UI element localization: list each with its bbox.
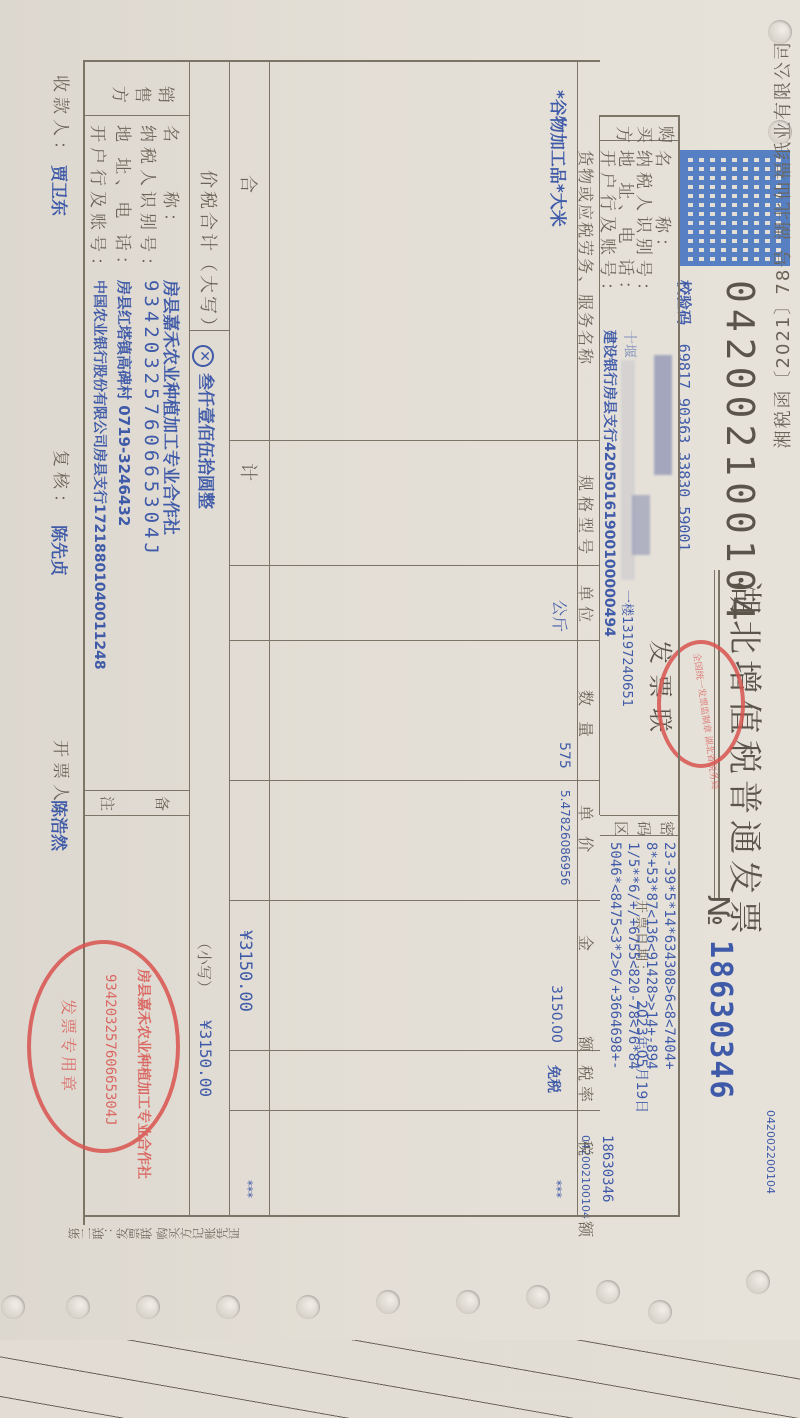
- buyer-bank-label: 开户行及账号：: [597, 150, 622, 304]
- feed-hole: [66, 1295, 90, 1319]
- feed-hole: [456, 1290, 480, 1314]
- payee-label: 收款人：: [50, 75, 75, 163]
- seller-label-col: [85, 115, 190, 116]
- feed-hole: [596, 1280, 620, 1304]
- cipher-line: 5046*<8475<3*2>6/+3664698+-: [606, 842, 624, 1070]
- feed-hole: [746, 1270, 770, 1294]
- col-spec-header: 规格型号: [575, 475, 598, 559]
- item-name: *谷物加工品*大米: [547, 90, 572, 227]
- issuer-name: 陈浩然: [48, 800, 73, 851]
- total-small-label: （小写）: [194, 935, 215, 995]
- seller-section-label: 销售方: [106, 80, 175, 105]
- total-words-value: 叁仟壹佰伍拾圆整: [195, 373, 215, 509]
- total-label: 合 计: [236, 175, 262, 511]
- side-code-other: 042002200104: [764, 1110, 777, 1194]
- feed-hole: [296, 1295, 320, 1319]
- seller-tax-id: 93420325760665304J: [140, 280, 162, 558]
- reviewer-label: 复核：: [50, 450, 75, 516]
- col-divider: [230, 1050, 600, 1051]
- col-rate-header: 税率: [575, 1065, 598, 1107]
- item-unit: 公斤: [549, 600, 572, 632]
- seller-address-label: 地 址、电 话：: [112, 125, 137, 278]
- invoice-photo: 042002100104 校验码 69817 90363 33830 59001…: [0, 0, 800, 1418]
- invoice-code: 042002100104: [718, 280, 762, 627]
- col-divider: [230, 440, 600, 441]
- col-divider: [230, 780, 600, 781]
- tax-bureau-stamp: 全国统一发票监制章 湖北省税务局: [657, 640, 745, 768]
- seller-name-label: 名 称：: [160, 125, 185, 235]
- seller-stamp-top: 房县嘉禾农业种植加工专业合作社: [134, 969, 154, 1179]
- col-divider: [230, 565, 600, 566]
- col-qty-header: 数 量: [575, 690, 598, 742]
- col-name-header: 货物或应税劳务、服务名称: [575, 150, 598, 366]
- feed-hole: [648, 1300, 672, 1324]
- redacted-buyer-address: [621, 360, 635, 580]
- feed-hole: [526, 1285, 550, 1309]
- buyer-bank-account: 建设银行房县支行42050161900100000494: [600, 330, 620, 637]
- buyer-section-label: 购买方: [612, 120, 675, 145]
- seller-stamp-bottom: 发票专用章: [58, 999, 81, 1094]
- table-border: [600, 115, 680, 117]
- item-rate: 免税: [544, 1065, 564, 1093]
- total-tax: ***: [241, 1180, 255, 1198]
- total-small-value: ¥3150.00: [196, 1020, 215, 1097]
- cipher-divider: [600, 815, 680, 816]
- feed-hole: [1, 1295, 25, 1319]
- remarks-label-col: [85, 815, 190, 816]
- item-price: 5.47826086956: [558, 790, 572, 885]
- col-unit-header: 单位: [575, 585, 598, 627]
- table-border: [83, 60, 600, 62]
- buyer-address-phone: 一楼13197240651: [619, 590, 638, 707]
- feed-hole: [376, 1290, 400, 1314]
- underlying-sheet: [0, 1340, 800, 1418]
- no-symbol: №: [700, 895, 735, 926]
- buyer-address-partial: 十堰: [620, 330, 640, 358]
- col-divider: [230, 900, 600, 901]
- payee-name: 贾卫东: [48, 165, 73, 216]
- total-words-row: ✕叁仟壹佰伍拾圆整: [192, 345, 220, 509]
- cipher-line: 8*+53*87<136<91428>>14+-894: [642, 842, 660, 1070]
- footer-note: 第二联：发票联 购买方记账凭证: [68, 1225, 240, 1242]
- side-number: 18630346: [599, 1135, 615, 1202]
- cipher-line: 1/5**6/+/+6755<820-78<76*84: [624, 842, 642, 1070]
- cipher-label: 密码区: [606, 818, 675, 839]
- words-row-line: [229, 62, 230, 1215]
- seller-address-phone: 房县红塔镇高碑村 0719-3246432: [114, 280, 135, 526]
- seller-stamp-middle: 93420325760665304J: [102, 974, 118, 1126]
- reviewer-name: 陈先贞: [48, 525, 73, 576]
- seller-invoice-stamp: 房县嘉禾农业种植加工专业合作社 93420325760665304J 发票专用章: [27, 940, 180, 1153]
- invoice-title: 湖北增值税普通发票: [723, 580, 772, 940]
- feed-hole: [216, 1295, 240, 1319]
- seller-bank-label: 开户行及账号：: [87, 125, 112, 279]
- seller-top-line: [189, 62, 190, 1215]
- col-divider: [230, 640, 600, 641]
- seller-name: 房县嘉禾农业种植加工专业合作社: [160, 280, 185, 535]
- cipher-line: 23-39*5*14*634308>6<8<7404+: [660, 842, 678, 1070]
- remarks-divider: [85, 790, 190, 791]
- seller-bank: 中国农业银行股份有限公司房县支行17218801040011248: [90, 280, 110, 670]
- remarks-label: 备注: [60, 793, 170, 814]
- total-row-line: [269, 62, 270, 1215]
- col-tax-header: 税 额: [575, 1140, 598, 1267]
- cipher-area: 23-39*5*14*634308>6<8<7404+ 8*+53*87<136…: [606, 842, 678, 1070]
- seller-tax-id-label: 纳税人识别号：: [137, 125, 162, 279]
- invoice-number: 18630346: [703, 940, 738, 1101]
- item-amount: 3150.00: [548, 985, 564, 1043]
- col-price-header: 单 价: [575, 805, 598, 857]
- redacted-buyer-name: [654, 355, 672, 475]
- printer-note: 湘税函〔2021〕78号 湖北仙福纸业有限公司: [769, 40, 795, 448]
- total-words-label: 价税合计（大写）: [196, 170, 222, 338]
- item-qty: 575: [556, 742, 572, 769]
- col-divider: [230, 1110, 600, 1111]
- table-border: [678, 115, 680, 1215]
- tax-stamp-text: 全国统一发票监制章 湖北省税务局: [690, 652, 722, 790]
- feed-hole: [136, 1295, 160, 1319]
- total-amount: ¥3150.00: [235, 930, 255, 1012]
- item-tax: ***: [550, 1180, 564, 1198]
- cross-circle-icon: ✕: [192, 345, 214, 367]
